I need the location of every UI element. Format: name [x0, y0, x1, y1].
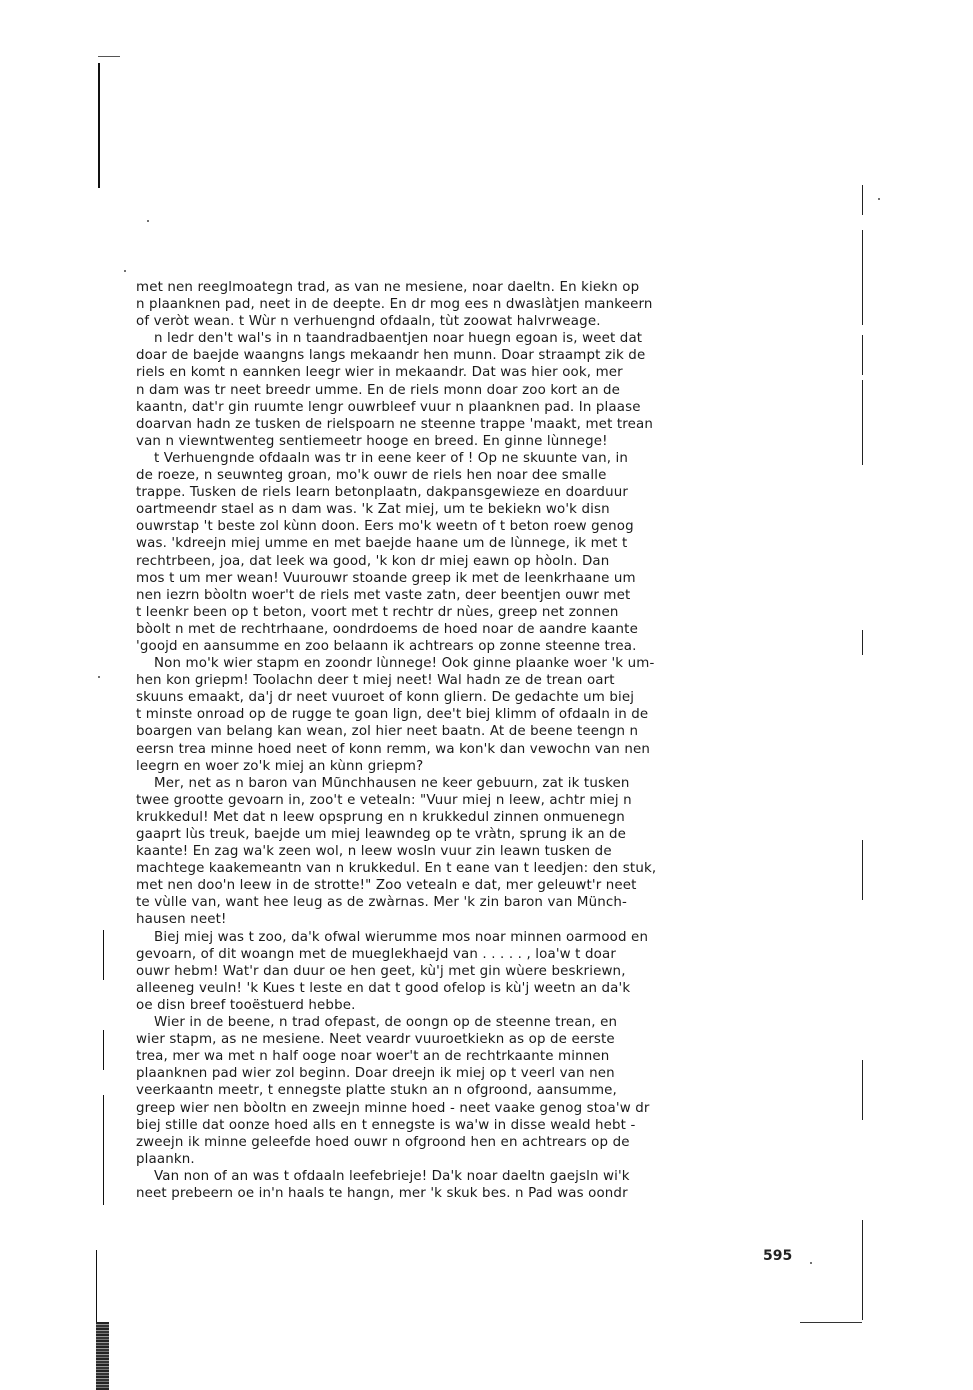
text-line: ouwr hebm! Wat'r dan duur oe hen geet, k… [136, 963, 796, 980]
text-line: gaaprt lùs treuk, baejde um miej leawnde… [136, 826, 796, 843]
text-line: boargen van belang kan wean, zol hier ne… [136, 723, 796, 740]
paragraph: Mer, net as n baron van Mũnchhausen ne k… [136, 775, 796, 929]
right-margin-rule [862, 1220, 863, 1320]
text-line: hausen neet! [136, 911, 796, 928]
text-line: gevoarn, of dit woangn met de mueglekhae… [136, 946, 796, 963]
paragraph: Wier in de beene, n trad ofepast, de oon… [136, 1014, 796, 1168]
paragraph: Van non of an was t ofdaaln leefebrieje!… [136, 1168, 796, 1202]
text-line: t leenkr been op t beton, voort met t re… [136, 604, 796, 621]
text-line: Wier in de beene, n trad ofepast, de oon… [136, 1014, 796, 1031]
text-line: Non mo'k wier stapm en zoondr lùnnege! O… [136, 655, 796, 672]
text-line: was. 'kdreejn miej umme en met baejde ha… [136, 535, 796, 552]
text-line: doarvan hadn ze tusken de rielspoarn ne … [136, 416, 796, 433]
scan-speck [98, 676, 100, 678]
text-line: machtege kaakemeantn van n krukkedul. En… [136, 860, 796, 877]
scan-speck [124, 270, 126, 272]
right-margin-rule [862, 335, 863, 375]
right-margin-rule [862, 840, 863, 900]
scan-artifact [98, 56, 120, 57]
scan-edge-strip [96, 1322, 109, 1390]
scan-speck [878, 198, 880, 200]
text-line: bòolt n met de rechtrhaane, oondrdoems d… [136, 621, 796, 638]
text-line: Van non of an was t ofdaaln leefebrieje!… [136, 1168, 796, 1185]
text-line: Biej miej was t zoo, da'k ofwal wierumme… [136, 929, 796, 946]
text-line: n dam was tr neet breedr umme. En de rie… [136, 382, 796, 399]
paragraph: Biej miej was t zoo, da'k ofwal wierumme… [136, 929, 796, 1014]
right-margin-rule [862, 380, 863, 465]
text-line: veerkaantn meetr, t ennegste platte stuk… [136, 1082, 796, 1099]
left-margin-rule [103, 1030, 104, 1070]
text-line: rechtrbeen, joa, dat leek wa good, 'k ko… [136, 553, 796, 570]
paragraph: met nen reeglmoategn trad, as van ne mes… [136, 279, 796, 330]
text-line: alleeneg veuln! 'k Kues t leste en dat t… [136, 980, 796, 997]
text-line: eersn trea minne hoed neet of konn remm,… [136, 741, 796, 758]
left-margin-rule [103, 1095, 104, 1205]
text-line: plaankn. [136, 1151, 796, 1168]
text-line: met nen reeglmoategn trad, as van ne mes… [136, 279, 796, 296]
text-line: Mer, net as n baron van Mũnchhausen ne k… [136, 775, 796, 792]
text-line: riels en komt n eannken leegr wier in me… [136, 364, 796, 381]
text-line: twee grootte gevoarn in, zoo't e vetealn… [136, 792, 796, 809]
text-line: biej stille dat oonze hoed alls en t enn… [136, 1117, 796, 1134]
text-line: neet prebeern oe in'n haals te hangn, me… [136, 1185, 796, 1202]
body-text: met nen reeglmoategn trad, as van ne mes… [136, 279, 796, 1202]
right-margin-rule [862, 185, 863, 215]
left-margin-rule [103, 930, 104, 980]
text-line: met nen doo'n leew in de strotte!" Zoo v… [136, 877, 796, 894]
paragraph: n ledr den't wal's in n taandradbaentjen… [136, 330, 796, 450]
text-line: wier stapm, as ne mesiene. Neet veardr v… [136, 1031, 796, 1048]
text-line: greep wier nen bòoltn en zweejn minne ho… [136, 1100, 796, 1117]
text-line: zweejn ik minne geleefde hoed ouwr n ofg… [136, 1134, 796, 1151]
text-line: of veròt wean. t Wùr n verhuengnd ofdaal… [136, 313, 796, 330]
text-line: oe disn breef tooëstuerd hebbe. [136, 997, 796, 1014]
right-margin-rule [862, 630, 863, 655]
bottom-margin-rule [800, 1322, 862, 1323]
page-number: 595 [763, 1248, 792, 1264]
scan-speck [810, 1262, 812, 1264]
text-line: trea, mer wa met n half ooge noar woer't… [136, 1048, 796, 1065]
right-margin-rule [862, 1060, 863, 1120]
text-line: ouwrstap 't beste zol kùnn doon. Eers mo… [136, 518, 796, 535]
scan-speck [147, 220, 149, 222]
text-line: oartmeendr stael as n dam was. 'k Zat mi… [136, 501, 796, 518]
left-margin-rule [98, 63, 100, 188]
text-line: mos t um mer wean! Vuurouwr stoande gree… [136, 570, 796, 587]
text-line: plaanknen pad wier zol beginn. Doar dree… [136, 1065, 796, 1082]
text-line: 'goojd en aansumme en zoo belaann ik ach… [136, 638, 796, 655]
text-line: te vùlle van, want hee leug as de zwàrna… [136, 894, 796, 911]
right-margin-rule [862, 230, 863, 325]
text-line: trappe. Tusken de riels learn betonplaat… [136, 484, 796, 501]
paragraph: t Verhuengnde ofdaaln was tr in eene kee… [136, 450, 796, 655]
text-line: n plaanknen pad, neet in de deepte. En d… [136, 296, 796, 313]
text-line: hen kon griepm! Toolachn deer t miej nee… [136, 672, 796, 689]
text-line: t minste onroad op de rugge te goan lign… [136, 706, 796, 723]
text-line: skuuns emaakt, da'j dr neet vuuroet of k… [136, 689, 796, 706]
text-line: de roeze, n seuwnteg groan, mo'k ouwr de… [136, 467, 796, 484]
left-margin-rule [96, 1250, 97, 1325]
text-line: nen iezrn bòoltn woer't de riels met vas… [136, 587, 796, 604]
text-line: leegrn en woer zo'k miej an kùnn griepm? [136, 758, 796, 775]
text-line: kaante! En zag wa'k zeen wol, n leew wos… [136, 843, 796, 860]
paragraph: Non mo'k wier stapm en zoondr lùnnege! O… [136, 655, 796, 775]
scanned-page: met nen reeglmoategn trad, as van ne mes… [0, 0, 973, 1390]
text-line: t Verhuengnde ofdaaln was tr in eene kee… [136, 450, 796, 467]
text-line: kaantn, dat'r gin ruumte lengr ouwrbleef… [136, 399, 796, 416]
text-line: krukkedul! Met dat n leew opsprung en n … [136, 809, 796, 826]
text-line: doar de baejde waangns langs mekaandr he… [136, 347, 796, 364]
text-line: van n viewntwenteg sentiemeetr hooge en … [136, 433, 796, 450]
text-line: n ledr den't wal's in n taandradbaentjen… [136, 330, 796, 347]
